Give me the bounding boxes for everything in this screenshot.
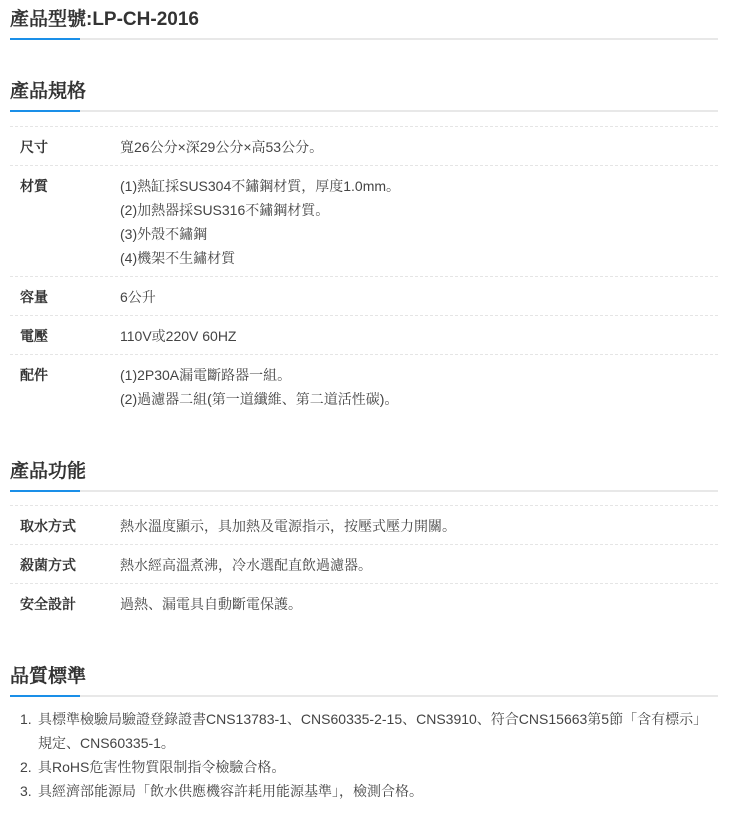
spec-row-accessories: 配件 (1)2P30A漏電斷路器一組。 (2)過濾器二組(第一道纖維、第二道活性…	[10, 354, 718, 417]
list-number: 2.	[20, 755, 32, 779]
spec-value: (1)熱缸採SUS304不鏽鋼材質，厚度1.0mm。 (2)加熱器採SUS316…	[120, 174, 718, 270]
spec-value: 6公升	[120, 285, 718, 309]
feature-label: 殺菌方式	[10, 553, 120, 577]
quality-title-text: 品質標準	[10, 666, 86, 687]
title-accent-bar	[10, 38, 80, 40]
title-accent-bar	[10, 110, 80, 112]
features-title-text: 產品功能	[10, 461, 86, 482]
feature-value: 熱水經高溫煮沸，冷水選配直飲過濾器。	[120, 553, 718, 577]
list-item: 3. 具經濟部能源局「飲水供應機容許耗用能源基準」，檢測合格。	[38, 779, 718, 803]
features-table: 取水方式 熱水溫度顯示，具加熱及電源指示，按壓式壓力開關。 殺菌方式 熱水經高溫…	[10, 505, 718, 622]
list-text: 具經濟部能源局「飲水供應機容許耗用能源基準」，檢測合格。	[38, 783, 423, 799]
specs-title-text: 產品規格	[10, 81, 86, 102]
spec-label: 尺寸	[10, 135, 120, 159]
list-item: 1. 具標準檢驗局驗證登錄證書CNS13783-1、CNS60335-2-15、…	[38, 707, 718, 755]
list-item: 2. 具RoHS危害性物質限制指令檢驗合格。	[38, 755, 718, 779]
spec-row-voltage: 電壓 110V或220V 60HZ	[10, 315, 718, 354]
list-text: 具標準檢驗局驗證登錄證書CNS13783-1、CNS60335-2-15、CNS…	[38, 711, 707, 751]
specs-table: 尺寸 寬26公分×深29公分×高53公分。 材質 (1)熱缸採SUS304不鏽鋼…	[10, 126, 718, 417]
feature-row: 取水方式 熱水溫度顯示，具加熱及電源指示，按壓式壓力開關。	[10, 505, 718, 544]
spec-row-material: 材質 (1)熱缸採SUS304不鏽鋼材質，厚度1.0mm。 (2)加熱器採SUS…	[10, 165, 718, 276]
title-accent-bar	[10, 490, 80, 492]
spec-value: 110V或220V 60HZ	[120, 324, 718, 348]
feature-row: 殺菌方式 熱水經高溫煮沸，冷水選配直飲過濾器。	[10, 544, 718, 583]
feature-value: 過熱、漏電具自動斷電保護。	[120, 592, 718, 616]
spec-label: 材質	[10, 174, 120, 270]
feature-label: 安全設計	[10, 592, 120, 616]
list-text: 具RoHS危害性物質限制指令檢驗合格。	[38, 759, 285, 775]
specs-section-title: 產品規格	[10, 80, 718, 112]
quality-section-title: 品質標準	[10, 665, 718, 697]
feature-value: 熱水溫度顯示，具加熱及電源指示，按壓式壓力開關。	[120, 514, 718, 538]
feature-line: 熱水溫度顯示，具加熱及電源指示，按壓式壓力開關。	[120, 514, 718, 538]
feature-line: 過熱、漏電具自動斷電保護。	[120, 592, 718, 616]
feature-label: 取水方式	[10, 514, 120, 538]
spec-line: (1)熱缸採SUS304不鏽鋼材質，厚度1.0mm。	[120, 174, 718, 198]
spec-row-capacity: 容量 6公升	[10, 276, 718, 315]
spec-line: (4)機架不生鏽材質	[120, 246, 718, 270]
spec-label: 容量	[10, 285, 120, 309]
spec-line: (1)2P30A漏電斷路器一組。	[120, 363, 718, 387]
list-number: 1.	[20, 707, 32, 731]
spec-label: 電壓	[10, 324, 120, 348]
feature-row: 安全設計 過熱、漏電具自動斷電保護。	[10, 583, 718, 622]
quality-standards-list: 1. 具標準檢驗局驗證登錄證書CNS13783-1、CNS60335-2-15、…	[10, 707, 718, 803]
features-section-title: 產品功能	[10, 460, 718, 492]
spec-line: 寬26公分×深29公分×高53公分。	[120, 135, 718, 159]
list-number: 3.	[20, 779, 32, 803]
spec-line: 110V或220V 60HZ	[120, 324, 718, 348]
spec-line: (3)外殼不鏽鋼	[120, 222, 718, 246]
spec-line: (2)加熱器採SUS316不鏽鋼材質。	[120, 198, 718, 222]
title-accent-bar	[10, 695, 80, 697]
feature-line: 熱水經高溫煮沸，冷水選配直飲過濾器。	[120, 553, 718, 577]
model-title: 產品型號:LP-CH-2016	[10, 8, 718, 40]
spec-row-size: 尺寸 寬26公分×深29公分×高53公分。	[10, 126, 718, 165]
spec-line: 6公升	[120, 285, 718, 309]
spec-value: (1)2P30A漏電斷路器一組。 (2)過濾器二組(第一道纖維、第二道活性碳)。	[120, 363, 718, 411]
spec-label: 配件	[10, 363, 120, 411]
spec-value: 寬26公分×深29公分×高53公分。	[120, 135, 718, 159]
model-title-text: 產品型號:LP-CH-2016	[10, 9, 199, 30]
spec-line: (2)過濾器二組(第一道纖維、第二道活性碳)。	[120, 387, 718, 411]
